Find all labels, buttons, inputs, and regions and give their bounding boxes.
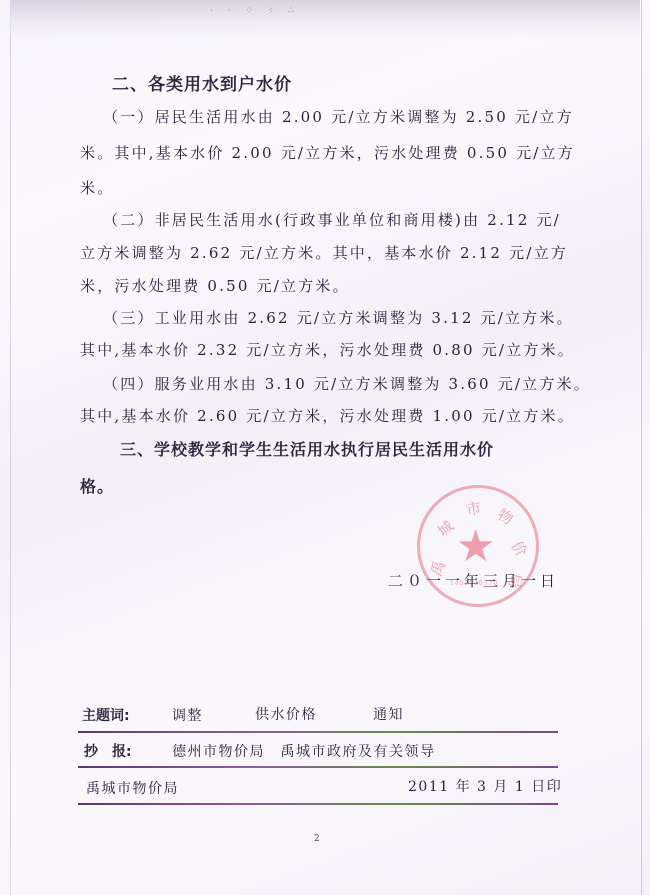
- item-2-line-3: 米，污水处理费 0.50 元/立方米。: [80, 275, 350, 296]
- item-2-line-1: （二）非居民生活用水(行政事业单位和商用楼)由 2.12 元/: [103, 209, 561, 230]
- seal-char: 价: [507, 537, 533, 561]
- signature-date: 二０一一年三月一日: [388, 570, 559, 591]
- cc-recipients: 德州市物价局 禹城市政府及有关领导: [172, 741, 436, 761]
- scan-specks: · · ⁘ ⁖ ∴: [210, 6, 300, 16]
- item-3-line-2: 其中,基本水价 2.32 元/立方米，污水处理费 0.80 元/立方米。: [80, 339, 575, 360]
- footer-rule: [78, 731, 558, 733]
- section-3-line-1: 三、学校教学和学生生活用水执行居民生活用水价: [120, 437, 494, 460]
- item-2-line-2: 立方米调整为 2.62 元/立方米。其中，基本水价 2.12 元/立方: [80, 242, 568, 263]
- keyword: 供水价格: [255, 704, 317, 724]
- seal-char: 市: [464, 497, 482, 520]
- issuer: 禹城市物价局: [86, 778, 179, 798]
- item-1-line-3: 米。: [80, 177, 114, 198]
- keyword: 调整: [172, 705, 203, 725]
- keywords-label: 主题词:: [82, 705, 130, 725]
- footer-rule: [78, 766, 558, 768]
- item-1-line-1: （一）居民生活用水由 2.00 元/立方米调整为 2.50 元/立方: [103, 106, 574, 127]
- page-number: 2: [314, 834, 320, 844]
- item-4-line-1: （四）服务业用水由 3.10 元/立方米调整为 3.60 元/立方米。: [103, 373, 591, 394]
- item-3-line-1: （三）工业用水由 2.62 元/立方米调整为 3.12 元/立方米。: [103, 307, 574, 328]
- footer-rule: [78, 803, 558, 805]
- keyword: 通知: [373, 704, 404, 724]
- section-2-heading: 二、各类用水到户水价: [112, 70, 292, 95]
- seal-star-icon: ★: [456, 521, 495, 572]
- scan-shadow: [10, 0, 640, 40]
- section-3-line-2: 格。: [80, 474, 114, 497]
- seal-char: 物: [494, 504, 518, 530]
- print-date: 2011 年 3 月 1 日印: [408, 776, 562, 796]
- item-4-line-2: 其中,基本水价 2.60 元/立方米，污水处理费 1.00 元/立方米。: [80, 405, 575, 426]
- cc-label: 抄 报:: [84, 741, 132, 761]
- item-1-line-2: 米。其中,基本水价 2.00 元/立方米，污水处理费 0.50 元/立方: [80, 142, 575, 163]
- seal-char: 城: [433, 516, 458, 542]
